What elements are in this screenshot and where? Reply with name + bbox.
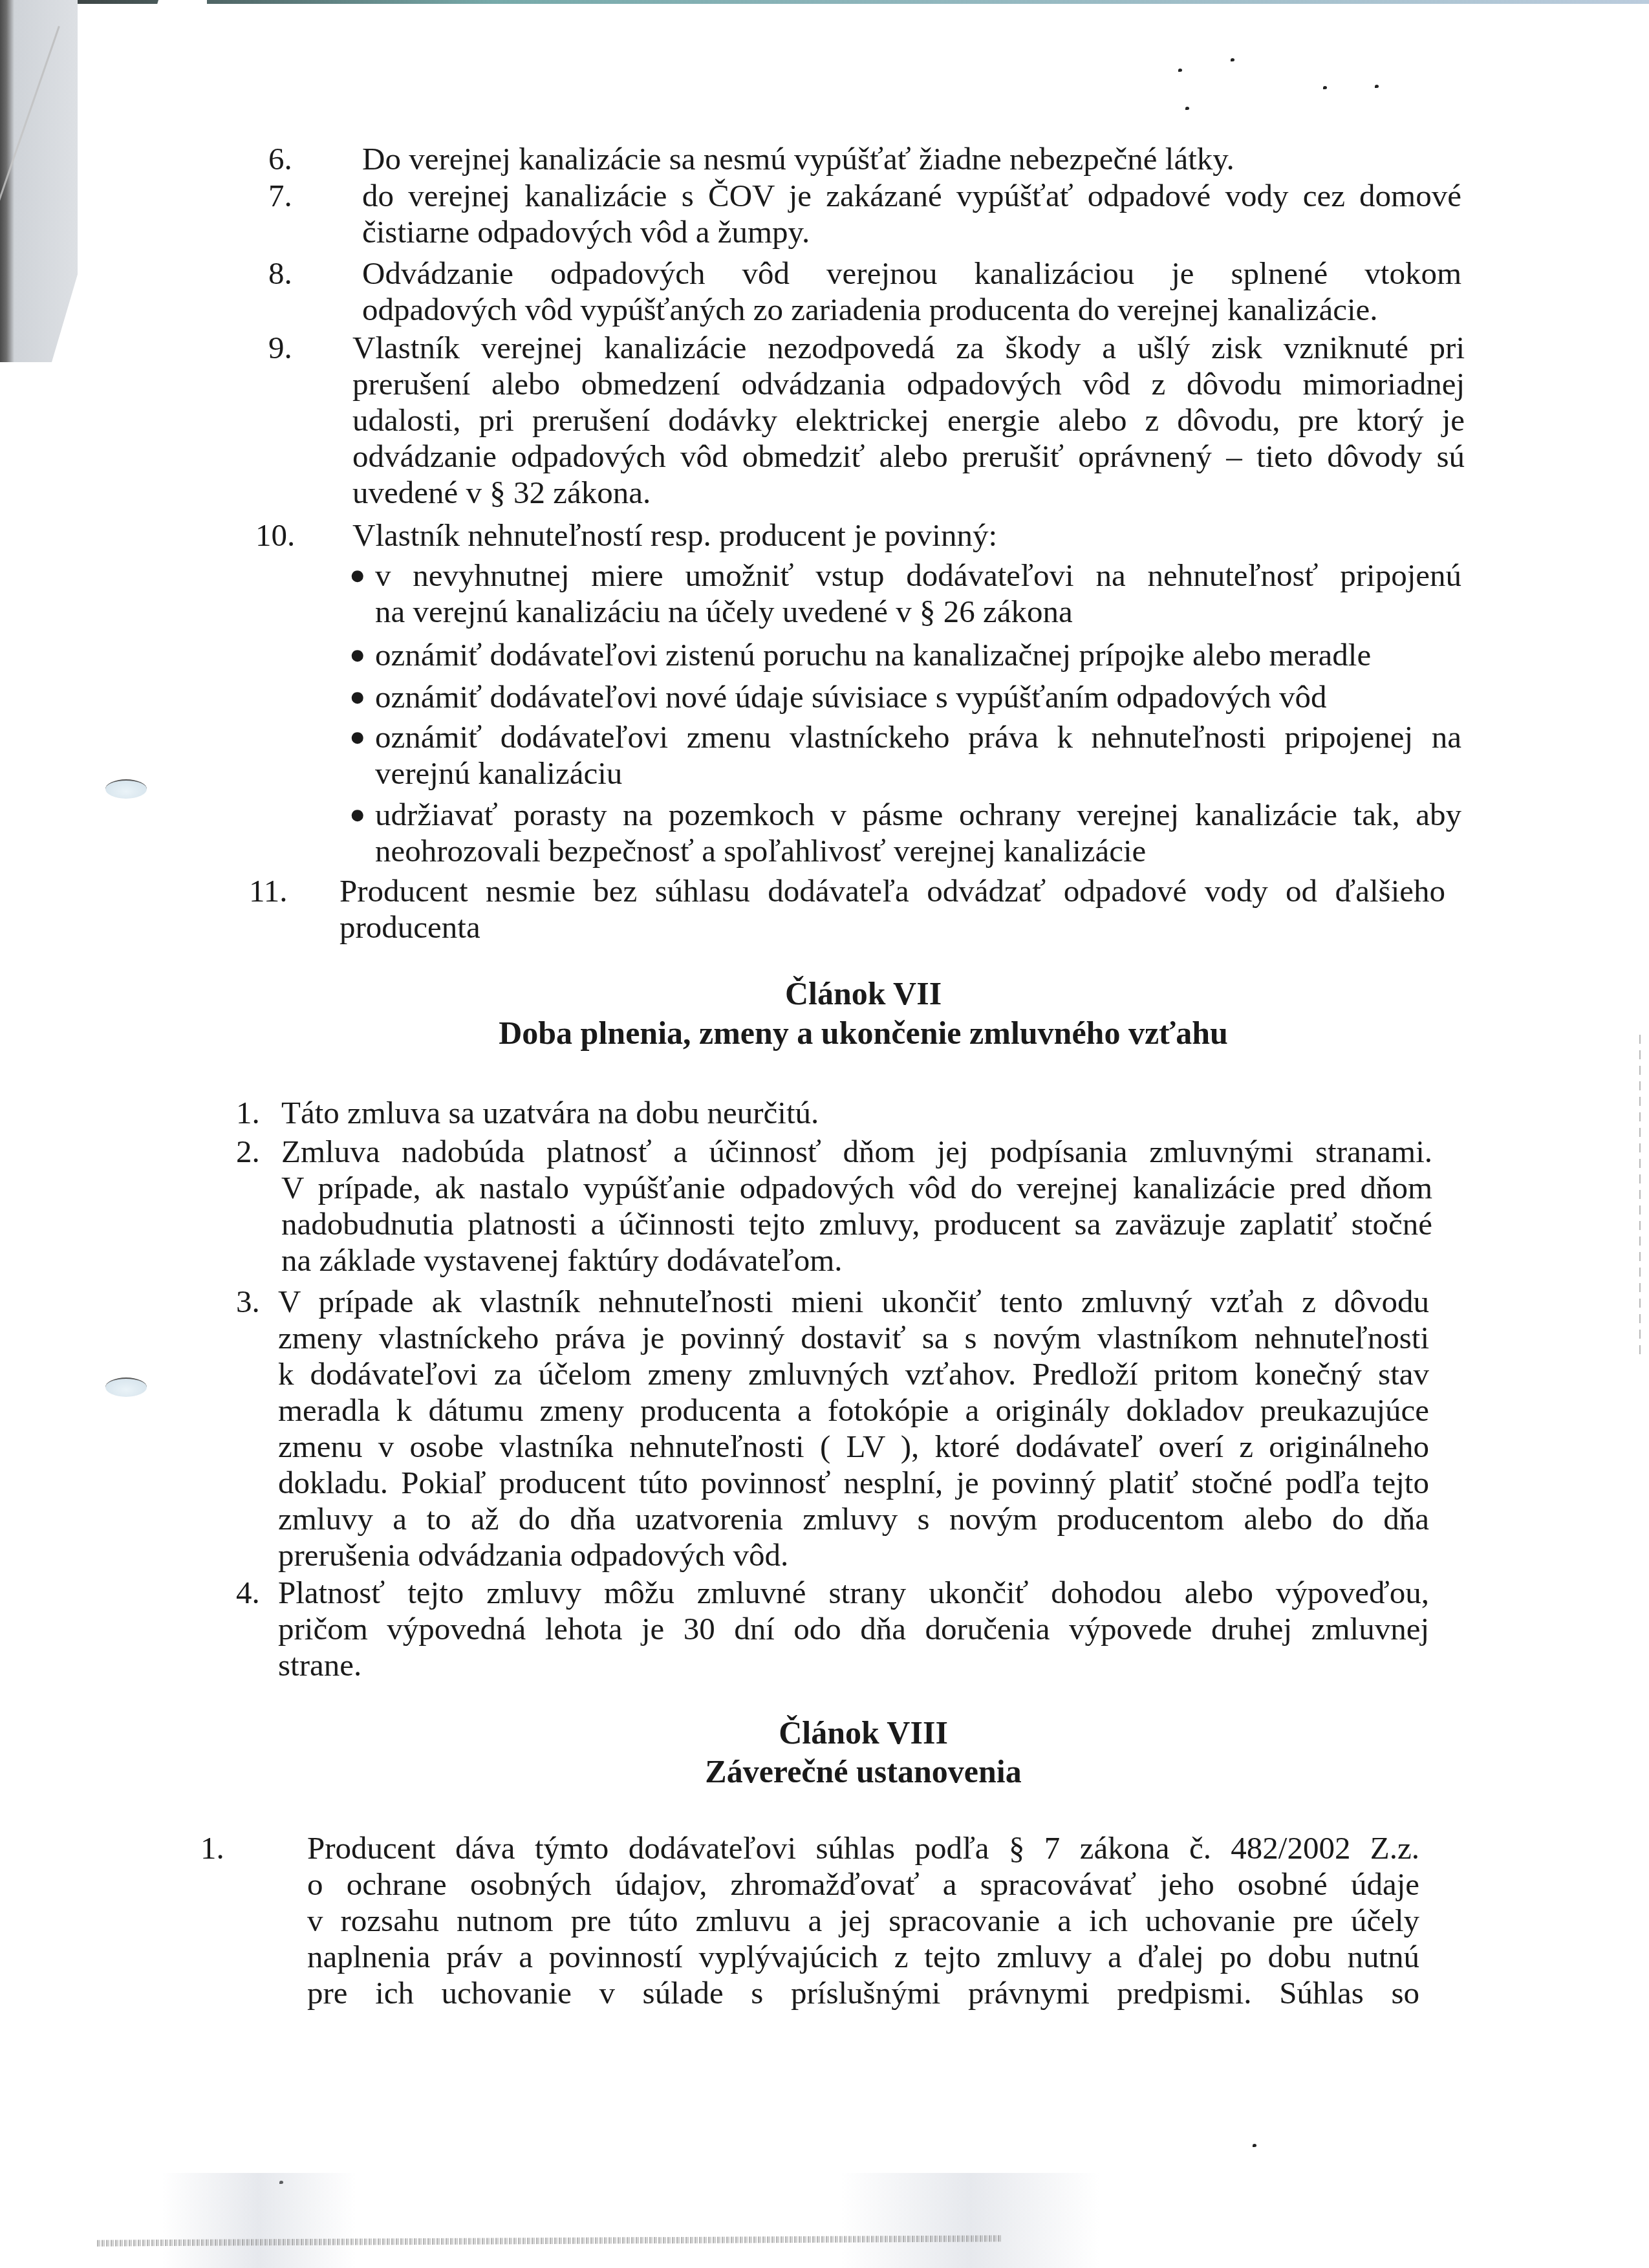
text-line: Producent nesmie bez súhlasu dodávateľa …: [339, 873, 1445, 909]
text-line: do verejnej kanalizácie s ČOV je zakázan…: [362, 178, 1461, 214]
text-line: v rozsahu nutnom pre túto zmluvu a jej s…: [307, 1903, 1419, 1939]
item-text: Táto zmluva sa uzatvára na dobu neurčitú…: [281, 1095, 1439, 1131]
item-number: 1.: [236, 1095, 260, 1131]
text-line: udržiavať porasty na pozemkoch v pásme o…: [375, 797, 1461, 833]
item-text: Zmluva nadobúda platnosť a účinnosť dňom…: [281, 1134, 1432, 1279]
text-line: v nevyhnutnej miere umožniť vstup dodáva…: [375, 557, 1461, 594]
item-text: Producent nesmie bez súhlasu dodávateľa …: [339, 873, 1445, 945]
text-line: pre ich uchovanie v súlade s príslušnými…: [307, 1975, 1419, 2011]
text-line: zmeny vlastníckeho práva je povinný dost…: [278, 1320, 1429, 1356]
bullet-icon: ●: [349, 679, 365, 715]
text-line: Zmluva nadobúda platnosť a účinnosť dňom…: [281, 1134, 1432, 1170]
item-text: Vlastník verejnej kanalizácie nezodpoved…: [352, 330, 1465, 511]
bullet-icon: ●: [349, 557, 365, 594]
text-line: na základe vystavenej faktúry dodávateľo…: [281, 1242, 1432, 1279]
text-line: uvedené v § 32 zákona.: [352, 475, 1465, 511]
text-line: Vlastník verejnej kanalizácie nezodpoved…: [352, 330, 1465, 366]
bullet-icon: ●: [349, 637, 365, 673]
text-line: zmluvy a to až do dňa uzatvorenia zmluvy…: [278, 1501, 1429, 1537]
bullet-text: oznámiť dodávateľovi nové údaje súvisiac…: [375, 679, 1461, 715]
text-line: dokladu. Pokiaľ producent túto povinnosť…: [278, 1465, 1429, 1501]
text-line: Táto zmluva sa uzatvára na dobu neurčitú…: [281, 1095, 1439, 1131]
item-text: Vlastník nehnuteľností resp. producent j…: [352, 517, 1452, 554]
text-line: verejnú kanalizáciu: [375, 755, 1461, 792]
text-line: Platnosť tejto zmluvy môžu zmluvné stran…: [278, 1575, 1429, 1611]
item-text: do verejnej kanalizácie s ČOV je zakázan…: [362, 178, 1461, 250]
text-line: o ochrane osobných údajov, zhromažďovať …: [307, 1866, 1419, 1903]
item-text: V prípade ak vlastník nehnuteľnosti mien…: [278, 1284, 1429, 1573]
text-line: odvádzanie odpadových vôd obmedziť alebo…: [352, 438, 1465, 475]
item-number: 9.: [268, 330, 292, 366]
text-line: prerušenia odvádzania odpadových vôd.: [278, 1537, 1429, 1573]
article-8-title: Článok VIII: [39, 1714, 1649, 1751]
text-line: odpadových vôd vypúšťaných zo zariadenia…: [362, 292, 1461, 328]
text-line: prerušení alebo obmedzení odvádzania odp…: [352, 366, 1465, 402]
text-line: oznámiť dodávateľovi zistenú poruchu na …: [375, 637, 1461, 673]
text-line: oznámiť dodávateľovi zmenu vlastníckeho …: [375, 719, 1461, 755]
text-line: Odvádzanie odpadových vôd verejnou kanal…: [362, 255, 1461, 292]
text-line: producenta: [339, 909, 1445, 945]
text-line: k dodávateľovi za účelom zmeny zmluvných…: [278, 1356, 1429, 1392]
text-line: zmenu v osobe vlastníka nehnuteľnosti ( …: [278, 1429, 1429, 1465]
item-number: 1.: [200, 1830, 224, 1866]
item-number: 4.: [236, 1575, 260, 1611]
item-number: 11.: [249, 873, 287, 909]
text-line: meradla k dátumu zmeny producenta a foto…: [278, 1392, 1429, 1429]
bullet-text: oznámiť dodávateľovi zistenú poruchu na …: [375, 637, 1461, 673]
bullet-text: oznámiť dodávateľovi zmenu vlastníckeho …: [375, 719, 1461, 792]
article-7-subtitle: Doba plnenia, zmeny a ukončenie zmluvnéh…: [39, 1014, 1649, 1052]
text-line: naplnenia práv a povinností vyplývajúcic…: [307, 1939, 1419, 1975]
item-number: 10.: [255, 517, 295, 554]
item-text: Do verejnej kanalizácie sa nesmú vypúšťa…: [362, 141, 1461, 177]
bullet-text: v nevyhnutnej miere umožniť vstup dodáva…: [375, 557, 1461, 630]
article-7-title: Článok VII: [39, 975, 1649, 1012]
article-8-subtitle: Záverečné ustanovenia: [39, 1753, 1649, 1790]
text-line: V prípade ak vlastník nehnuteľnosti mien…: [278, 1284, 1429, 1320]
item-number: 3.: [236, 1284, 260, 1320]
text-line: Do verejnej kanalizácie sa nesmú vypúšťa…: [362, 141, 1461, 177]
item-text: Odvádzanie odpadových vôd verejnou kanal…: [362, 255, 1461, 328]
text-line: V prípade, ak nastalo vypúšťanie odpadov…: [281, 1170, 1432, 1206]
document-page: 6. Do verejnej kanalizácie sa nesmú vypú…: [0, 0, 1649, 2268]
text-line: čistiarne odpadových vôd a žumpy.: [362, 214, 1461, 250]
item-number: 2.: [236, 1134, 260, 1170]
item-number: 6.: [268, 141, 292, 177]
text-line: neohrozovali bezpečnosť a spoľahlivosť v…: [375, 833, 1461, 869]
text-line: pričom výpovedná lehota je 30 dní odo dň…: [278, 1611, 1429, 1647]
text-line: oznámiť dodávateľovi nové údaje súvisiac…: [375, 679, 1461, 715]
text-line: udalosti, pri prerušení dodávky elektric…: [352, 402, 1465, 438]
item-text: Producent dáva týmto dodávateľovi súhlas…: [307, 1830, 1419, 2011]
text-line: strane.: [278, 1647, 1429, 1683]
text-line: na verejnú kanalizáciu na účely uvedené …: [375, 594, 1461, 630]
bullet-text: udržiavať porasty na pozemkoch v pásme o…: [375, 797, 1461, 869]
text-line: Producent dáva týmto dodávateľovi súhlas…: [307, 1830, 1419, 1866]
item-text: Platnosť tejto zmluvy môžu zmluvné stran…: [278, 1575, 1429, 1683]
bullet-icon: ●: [349, 719, 365, 755]
text-line: Vlastník nehnuteľností resp. producent j…: [352, 517, 1452, 554]
bullet-icon: ●: [349, 797, 365, 833]
item-number: 7.: [268, 178, 292, 214]
item-number: 8.: [268, 255, 292, 292]
text-line: nadobudnutia platnosti a účinnosti tejto…: [281, 1206, 1432, 1242]
